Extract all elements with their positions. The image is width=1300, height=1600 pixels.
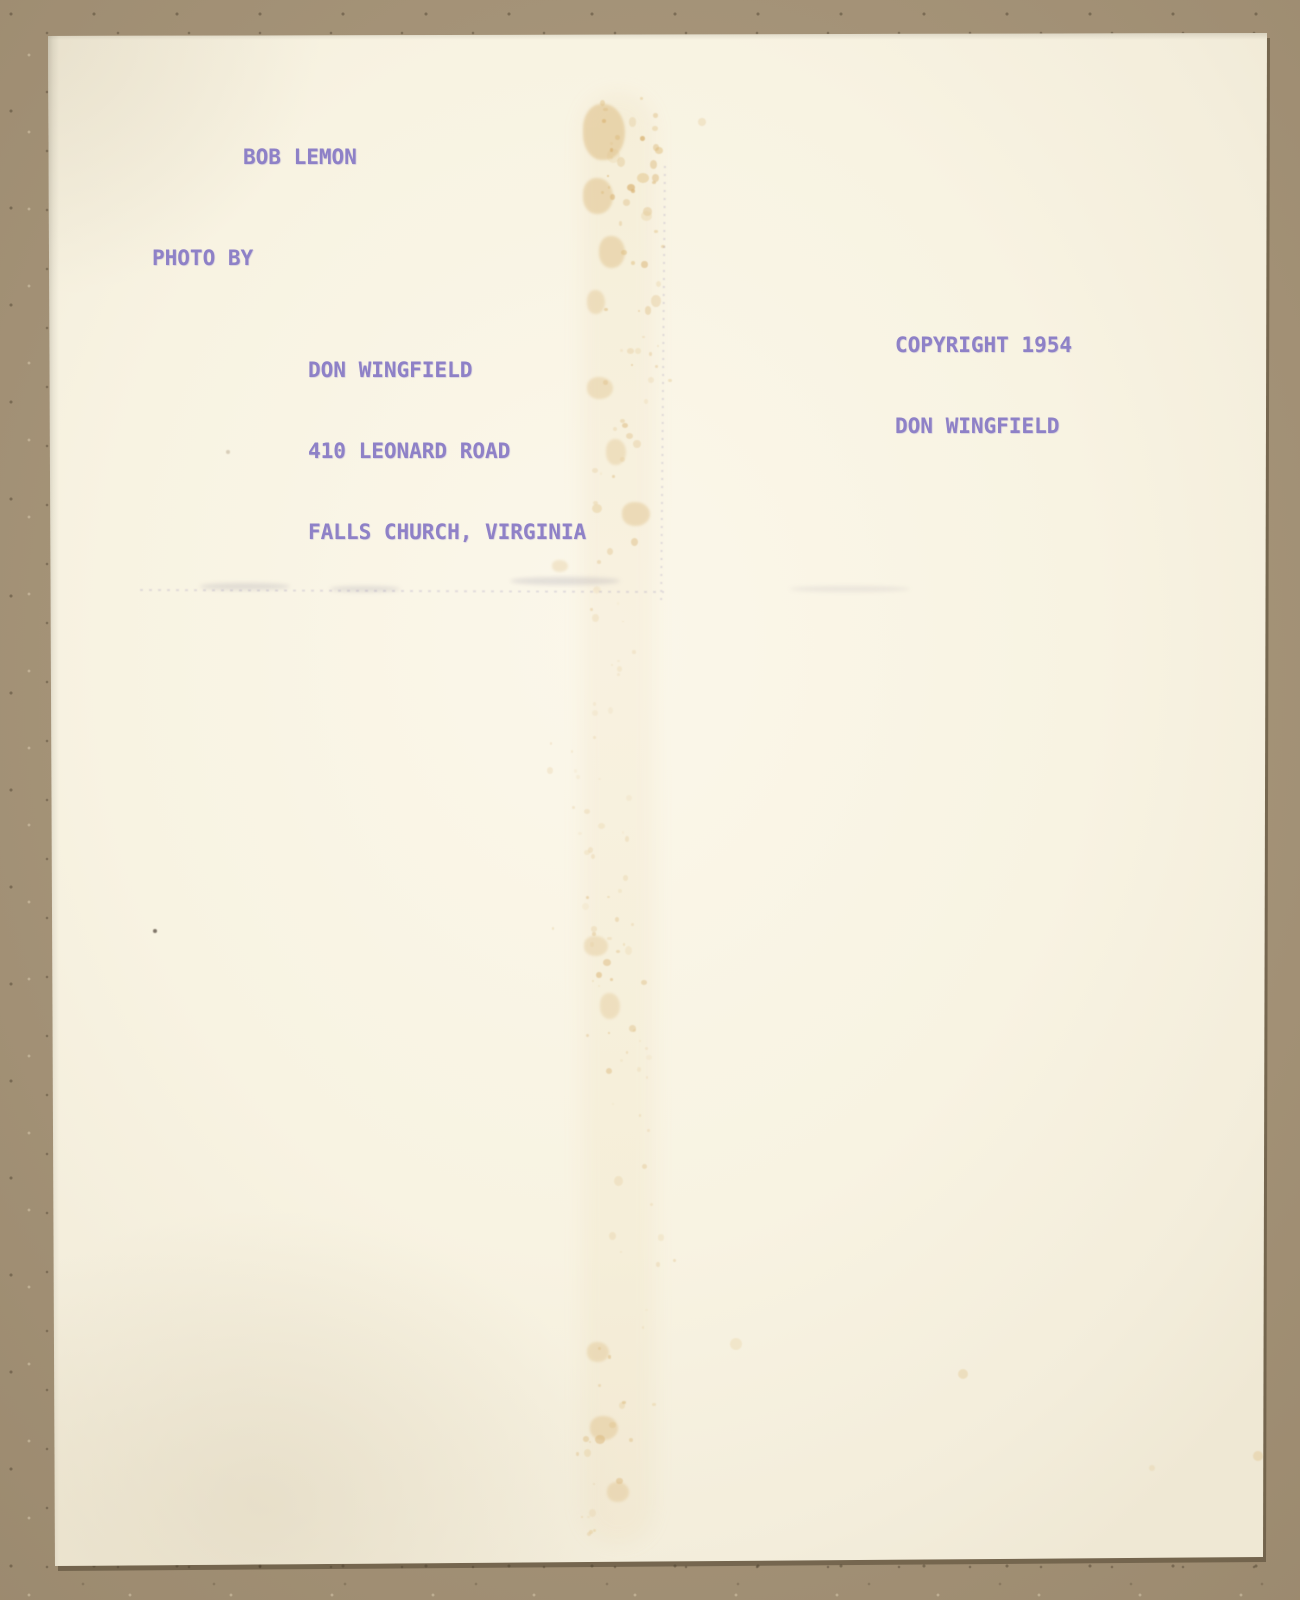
stain-blob (606, 439, 626, 465)
stain-dot (647, 1129, 650, 1132)
stain-dot (635, 348, 640, 354)
stain-dot (576, 775, 580, 779)
stain-dot (576, 1452, 579, 1455)
stain-dot (645, 306, 652, 314)
stain-dot (571, 750, 573, 753)
stain-dot (593, 736, 595, 739)
stain-dot (607, 548, 613, 555)
scan-mat-board: BOB LEMON PHOTO BY DON WINGFIELD 410 LEO… (0, 0, 1300, 1600)
stain-dot (623, 199, 631, 206)
stain-dot (655, 365, 658, 368)
stain-dot (574, 769, 578, 773)
stain-dot (668, 379, 671, 383)
stain-dot (623, 943, 625, 945)
stain-dot (651, 295, 661, 306)
stain-dot (593, 1529, 596, 1532)
stain-dot (622, 831, 625, 834)
stain-blob (607, 1482, 629, 1502)
stain-dot (592, 614, 599, 622)
stain-dot (592, 468, 598, 473)
stain-dot (586, 896, 589, 899)
stain-dot (640, 97, 643, 100)
stain-dot (626, 433, 633, 439)
stain-dot (620, 419, 624, 423)
paper-speck (730, 1338, 742, 1350)
photo-top-edge-shading (46, 32, 1268, 40)
stain-dot (648, 377, 653, 383)
stain-dot (631, 538, 638, 546)
photographer-city-line: FALLS CHURCH, VIRGINIA (308, 519, 586, 546)
stain-dot (609, 1232, 616, 1240)
stain-dot (652, 181, 655, 184)
stain-dot (610, 978, 613, 981)
stain-dot (592, 710, 598, 716)
stain-dot (644, 399, 648, 404)
stain-dot (657, 345, 659, 348)
stain-dot (578, 832, 582, 835)
copyright-holder-line: DON WINGFIELD (895, 413, 1072, 440)
photograph-back: BOB LEMON PHOTO BY DON WINGFIELD 410 LEO… (0, 0, 1300, 1600)
photo-left-edge-shading (46, 34, 59, 1568)
stain-dot (654, 230, 657, 233)
stain-dot (623, 875, 628, 880)
stain-dot (652, 126, 658, 131)
stain-blob (590, 1416, 618, 1440)
stain-dot (653, 144, 659, 151)
stain-dot (637, 173, 649, 183)
stain-dot (649, 352, 652, 355)
stain-dot (592, 504, 602, 513)
stain-dot (614, 1176, 622, 1186)
stain-dot (641, 211, 652, 221)
photographer-address-stamp: DON WINGFIELD 410 LEONARD ROAD FALLS CHU… (308, 303, 586, 600)
stain-blob (599, 236, 625, 268)
photo-by-label-stamp: PHOTO BY (152, 245, 253, 272)
stain-dot (547, 767, 553, 773)
stain-dot (584, 809, 590, 814)
paper-speck (698, 118, 706, 126)
stain-blob (584, 936, 608, 956)
stain-dot (612, 475, 615, 479)
stain-dot (627, 184, 635, 191)
stain-dot (607, 896, 609, 898)
photographer-street-line: 410 LEONARD ROAD (308, 438, 586, 465)
stain-dot (632, 650, 635, 654)
stain-dot (589, 1509, 596, 1517)
paper-speck (153, 929, 157, 933)
offset-impression-vertical-line (660, 166, 666, 604)
stain-dot (658, 1234, 665, 1240)
paper-speck (1149, 1465, 1155, 1471)
stain-dot (656, 1262, 660, 1266)
stain-dot (629, 1438, 633, 1443)
paper-speck (226, 450, 230, 454)
stain-dot (640, 136, 644, 141)
stain-dot (603, 959, 611, 966)
stain-dot (620, 1251, 622, 1253)
stain-dot (633, 440, 641, 448)
stain-dot (652, 1403, 655, 1406)
stain-dot (637, 1067, 641, 1072)
stain-blob (587, 1342, 609, 1362)
stain-dot (589, 1530, 593, 1534)
stain-dot (617, 673, 619, 676)
paper-speck (958, 1369, 968, 1379)
ink-smudge (790, 586, 910, 592)
stain-blob (587, 377, 613, 399)
stain-dot (673, 1259, 676, 1262)
stain-dot (596, 972, 602, 978)
stain-blob (587, 290, 605, 314)
stain-dot (631, 261, 635, 265)
copyright-stamp: COPYRIGHT 1954 DON WINGFIELD (895, 278, 1072, 494)
stain-dot (589, 1441, 591, 1443)
stain-blob (622, 502, 650, 526)
subject-name-stamp: BOB LEMON (243, 144, 357, 171)
stain-dot (639, 1114, 641, 1116)
stain-dot (584, 1449, 591, 1457)
stain-dot (615, 917, 619, 921)
stain-dot (608, 1355, 611, 1358)
stain-dot (622, 1401, 625, 1404)
stain-dot (629, 1025, 636, 1031)
stain-dot (591, 926, 597, 932)
stain-dot (625, 836, 629, 841)
stain-dot (656, 281, 661, 287)
stain-dot (653, 113, 658, 118)
stain-blob (600, 993, 620, 1019)
copyright-year-line: COPYRIGHT 1954 (895, 332, 1072, 359)
stain-dot (588, 847, 593, 853)
stain-dot (607, 937, 611, 940)
stain-dot (645, 1047, 648, 1050)
stain-blob (583, 178, 613, 214)
stain-dot (597, 560, 601, 564)
stain-dot (572, 806, 575, 810)
stain-dot (626, 1051, 628, 1054)
stain-dot (626, 795, 631, 801)
stain-dot (641, 261, 647, 269)
stain-dot (592, 932, 595, 935)
stain-dot (593, 501, 598, 505)
ink-smudge (200, 583, 290, 590)
stain-dot (645, 1309, 647, 1311)
stain-dot (650, 160, 657, 169)
stain-dot (552, 927, 554, 929)
stain-dot (620, 349, 623, 352)
stain-dot (618, 889, 621, 893)
stain-dot (627, 348, 634, 354)
photographer-name-line: DON WINGFIELD (308, 357, 586, 384)
stain-blob (583, 104, 625, 160)
paper-speck (1253, 1451, 1263, 1461)
stain-dot (600, 472, 603, 474)
stain-dot (550, 742, 553, 745)
